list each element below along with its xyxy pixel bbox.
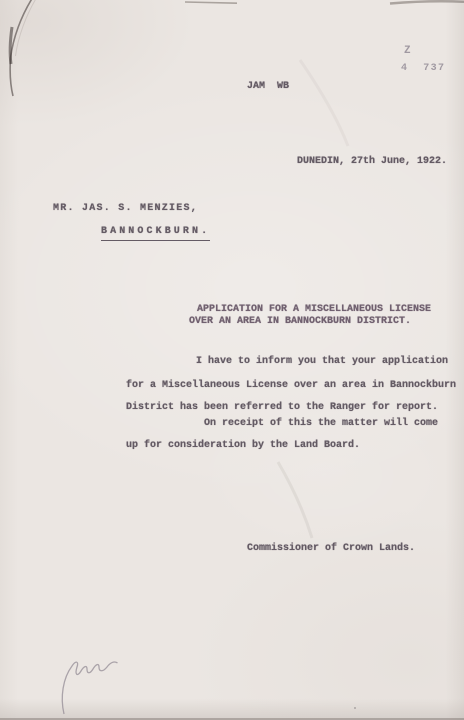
body-line-3: District has been referred to the Ranger…	[126, 402, 438, 414]
subject-line-2: OVER AN AREA IN BANNOCKBURN DISTRICT.	[189, 316, 411, 328]
body-line-4: On receipt of this the matter will come	[204, 418, 438, 430]
dateline: DUNEDIN, 27th June, 1922.	[297, 156, 447, 168]
subject-line-1: APPLICATION FOR A MISCELLANEOUS LICENSE	[197, 304, 431, 316]
pencil-mark-z: Z	[404, 45, 411, 57]
body-line-1: I have to inform you that your applicati…	[196, 356, 448, 368]
body-line-2: for a Miscellaneous License over an area…	[126, 380, 456, 392]
closing-signature-title: Commissioner of Crown Lands.	[247, 543, 415, 555]
body-line-5: up for consideration by the Land Board.	[126, 440, 360, 452]
letter-page: Z 4 737 JAM WB DUNEDIN, 27th June, 1922.…	[0, 0, 464, 720]
pencil-mark-number: 4 737	[401, 63, 445, 75]
reference-initials: JAM WB	[247, 81, 289, 93]
recipient-locality: BANNOCKBURN.	[101, 226, 210, 241]
recipient-name: MR. JAS. S. MENZIES,	[53, 203, 198, 215]
